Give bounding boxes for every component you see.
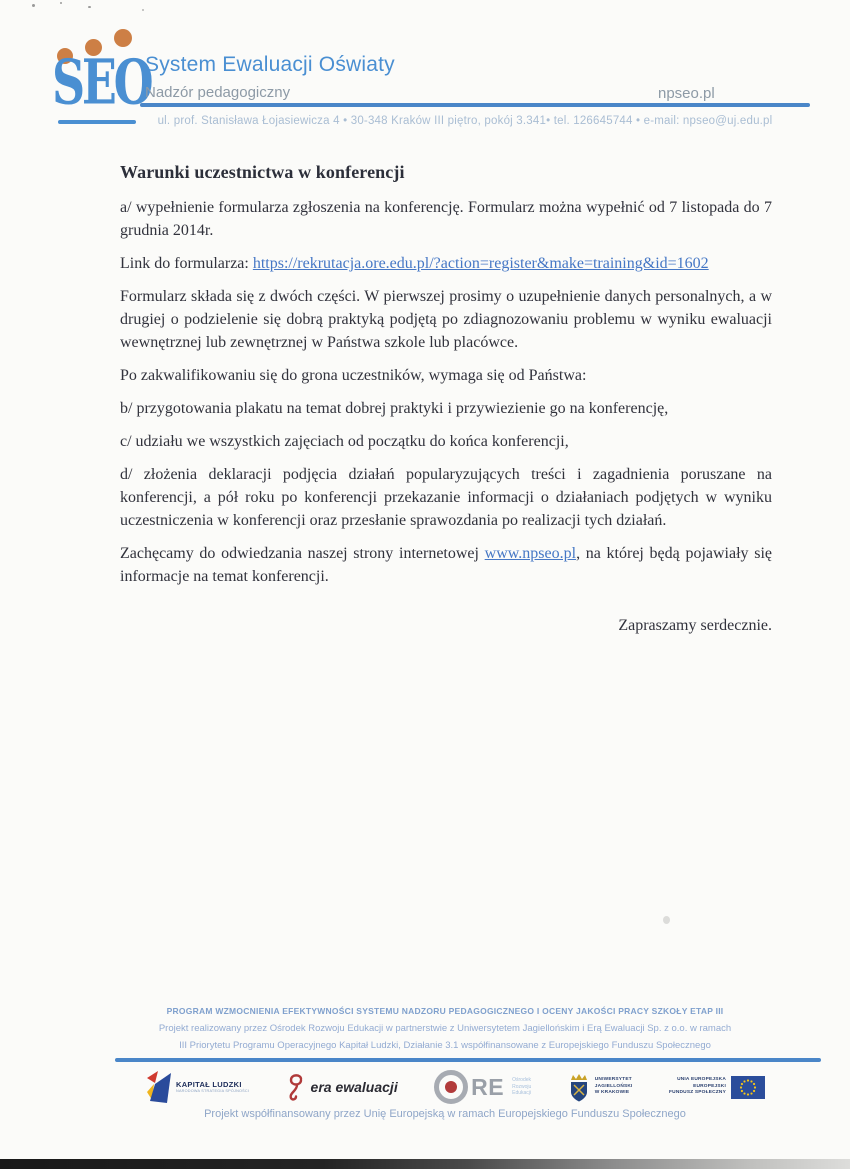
ore-ring-icon xyxy=(434,1070,468,1104)
kapital-ludzki-title: KAPITAŁ LUDZKI xyxy=(176,1081,249,1090)
ore-text-line: Edukacji xyxy=(512,1090,531,1097)
organization-name: System Ewaluacji Oświaty xyxy=(145,53,395,77)
registration-form-link[interactable]: https://rekrutacja.ore.edu.pl/?action=re… xyxy=(253,255,709,272)
para-d: d/ złożenia deklaracji podjęcia działań … xyxy=(120,463,772,532)
ore-logo: RE Ośrodek Rozwoju Edukacji xyxy=(434,1070,531,1104)
para-qualification: Po zakwalifikowaniu się do grona uczestn… xyxy=(120,364,772,387)
kapital-ludzki-logo: KAPITAŁ LUDZKI NARODOWA STRATEGIA SPÓJNO… xyxy=(145,1070,249,1104)
para-invite: Zachęcamy do odwiedzania naszej strony i… xyxy=(120,542,772,588)
website-label: npseo.pl xyxy=(658,85,715,102)
para-b: b/ przygotowania plakatu na temat dobrej… xyxy=(120,397,772,420)
para-c: c/ udziału we wszystkich zajęciach od po… xyxy=(120,430,772,453)
organization-subtitle: Nadzór pedagogiczny xyxy=(145,84,290,101)
seo-logo-text: SEO xyxy=(52,52,131,114)
era-ewaluacji-label: era ewaluacji xyxy=(311,1079,398,1095)
scan-speck xyxy=(60,2,62,4)
letter-heading: Warunki uczestnictwa w konferencji xyxy=(120,162,772,183)
closing-line: Zapraszamy serdecznie. xyxy=(120,614,772,637)
scan-edge-shadow xyxy=(0,1159,850,1169)
invite-text-before: Zachęcamy do odwiedzania naszej strony i… xyxy=(120,545,485,562)
ore-dot-icon xyxy=(445,1081,457,1093)
para-form-description: Formularz składa się z dwóch części. W p… xyxy=(120,285,772,354)
footer-program-line: PROGRAM WZMOCNIENIA EFEKTYWNOŚCI SYSTEMU… xyxy=(85,1006,805,1016)
ore-letters: RE xyxy=(471,1074,504,1101)
kapital-ludzki-subtitle: NARODOWA STRATEGIA SPÓJNOŚCI xyxy=(176,1089,249,1093)
footer-project-line-1: Projekt realizowany przez Ośrodek Rozwoj… xyxy=(85,1023,805,1034)
footer-cofinance-line: Projekt współfinansowany przez Unię Euro… xyxy=(85,1108,805,1120)
para-a: a/ wypełnienie formularza zgłoszenia na … xyxy=(120,196,772,242)
link-label: Link do formularza: xyxy=(120,255,253,272)
eu-text-line: FUNDUSZ SPOŁECZNY xyxy=(669,1090,726,1096)
era-ewaluacji-e-icon xyxy=(286,1071,306,1103)
npseo-website-link[interactable]: www.npseo.pl xyxy=(485,545,576,562)
uj-crest-icon xyxy=(568,1072,590,1103)
uj-text-line: W KRAKOWIE xyxy=(595,1090,633,1096)
seo-logo-dot-icon xyxy=(114,29,132,47)
address-line: ul. prof. Stanisława Łojasiewicza 4 • 30… xyxy=(120,115,810,127)
eu-flag-icon xyxy=(731,1076,765,1099)
seo-logo: SEO xyxy=(50,26,150,128)
footer-project-line-2: III Priorytetu Programu Operacyjnego Kap… xyxy=(85,1040,805,1051)
scan-speck xyxy=(32,4,35,7)
eu-esf-logo: UNIA EUROPEJSKA EUROPEJSKI FUNDUSZ SPOŁE… xyxy=(669,1076,765,1099)
footer-divider xyxy=(115,1058,821,1062)
letter-body: Warunki uczestnictwa w konferencji a/ wy… xyxy=(120,162,772,647)
era-ewaluacji-logo: era ewaluacji xyxy=(286,1071,398,1103)
scan-speck xyxy=(663,916,670,924)
kapital-ludzki-emblem-icon xyxy=(145,1070,171,1104)
scanned-letter-page: SEO System Ewaluacji Oświaty Nadzór peda… xyxy=(0,0,850,1169)
uniwersytet-jagiellonski-logo: UNIWERSYTET JAGIELLOŃSKI W KRAKOWIE xyxy=(568,1072,633,1103)
scan-speck xyxy=(142,9,144,11)
header-divider xyxy=(140,103,810,107)
scan-speck xyxy=(88,6,91,8)
partner-logos-row: KAPITAŁ LUDZKI NARODOWA STRATEGIA SPÓJNO… xyxy=(145,1065,765,1109)
para-link: Link do formularza: https://rekrutacja.o… xyxy=(120,252,772,275)
